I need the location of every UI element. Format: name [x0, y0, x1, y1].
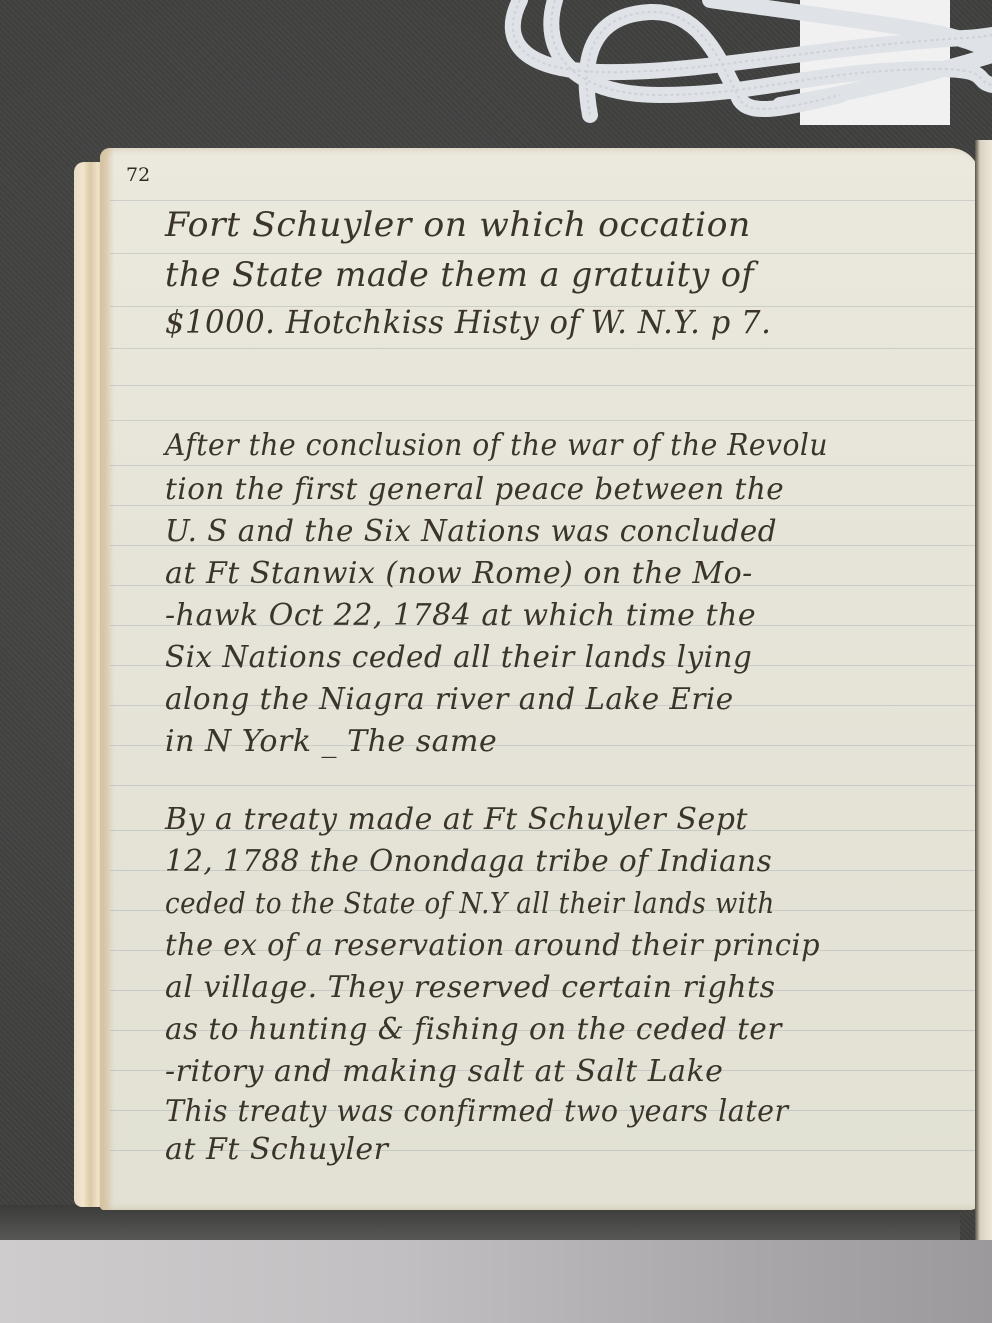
ruled-line [110, 253, 975, 254]
ruled-line [110, 465, 975, 466]
facing-page-gutter [975, 140, 992, 1240]
handwritten-line: U. S and the Six Nations was concluded [165, 514, 777, 549]
handwritten-line: in N York _ The same [165, 724, 497, 759]
handwritten-line: ceded to the State of N.Y all their land… [165, 886, 775, 920]
handwritten-line: By a treaty made at Ft Schuyler Sept [165, 802, 748, 837]
handwritten-line: -hawk Oct 22, 1784 at which time the [165, 598, 756, 633]
handwritten-line: Six Nations ceded all their lands lying [165, 640, 752, 675]
white-cords [480, 0, 992, 130]
handwritten-line: 12, 1788 the Onondaga tribe of Indians [165, 844, 772, 879]
ruled-line [110, 785, 975, 786]
ruled-line [110, 385, 975, 386]
handwritten-line: along the Niagra river and Lake Erie [165, 682, 734, 717]
handwritten-line: at Ft Stanwix (now Rome) on the Mo- [165, 556, 753, 591]
handwritten-line: al village. They reserved certain rights [165, 970, 775, 1005]
handwritten-line: $1000. Hotchkiss Histy of W. N.Y. p 7. [165, 303, 771, 341]
handwritten-line: at Ft Schuyler [165, 1132, 389, 1167]
page-number: 72 [126, 164, 150, 186]
handwritten-line: the State made them a gratuity of [165, 255, 754, 295]
page-binding-edge [100, 148, 114, 1210]
ruled-line [110, 420, 975, 421]
handwritten-line: the ex of a reservation around their pri… [165, 928, 820, 963]
handwritten-line: This treaty was confirmed two years late… [165, 1094, 789, 1129]
handwritten-line: as to hunting & fishing on the ceded ter [165, 1012, 782, 1047]
ruled-line [110, 200, 975, 201]
ruled-line [110, 348, 975, 349]
handwritten-line: Fort Schuyler on which occation [165, 205, 751, 245]
handwritten-line: tion the first general peace between the [165, 472, 784, 507]
handwritten-line: After the conclusion of the war of the R… [165, 428, 828, 463]
handwritten-line: -ritory and making salt at Salt Lake [165, 1054, 723, 1089]
table-surface [0, 1240, 992, 1323]
